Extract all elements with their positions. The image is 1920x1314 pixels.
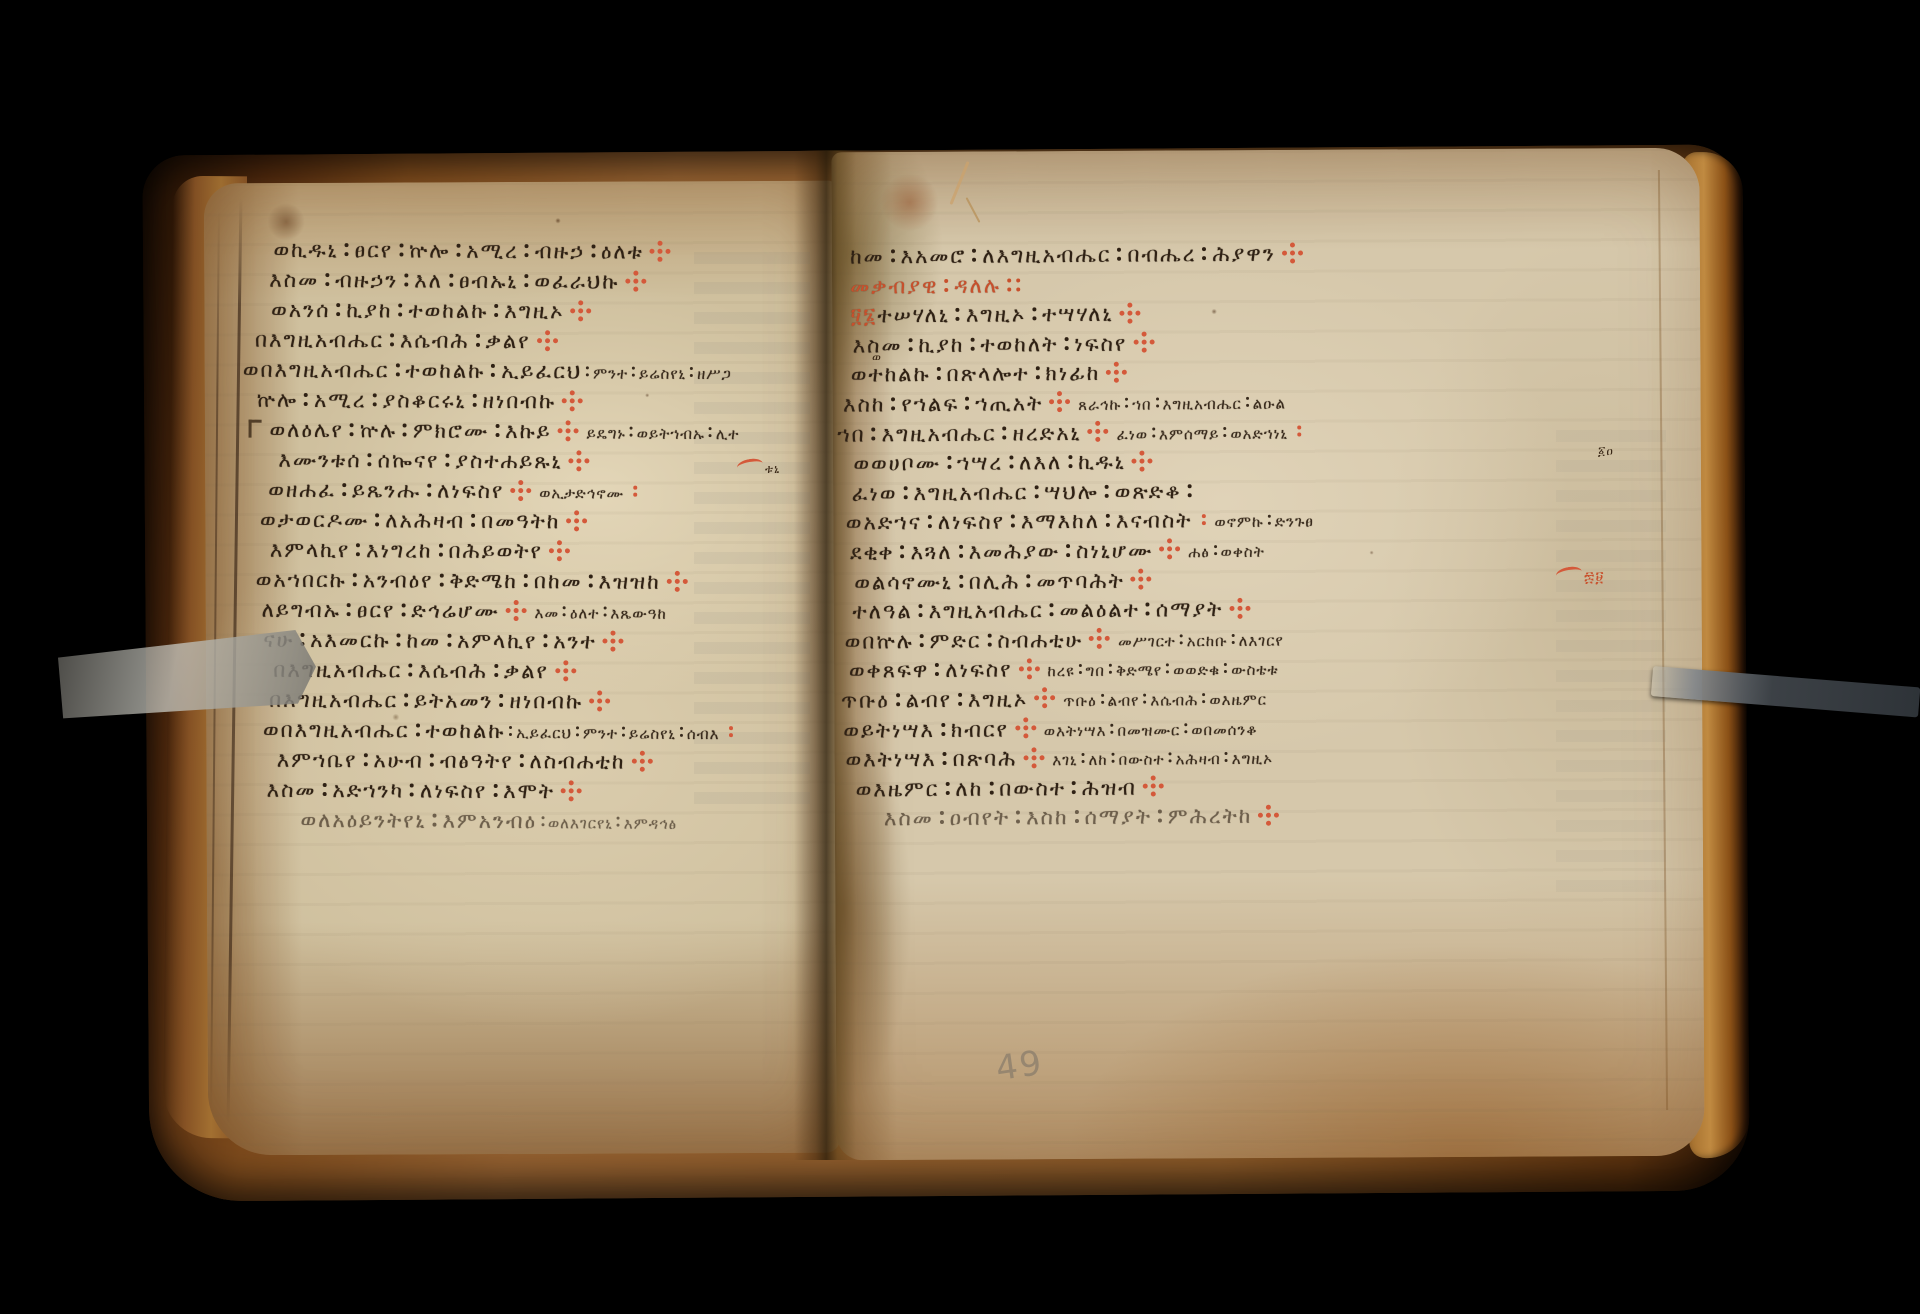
full-stop-mark	[1007, 278, 1011, 282]
manuscript-line: መቃብያዊዳለሉ	[850, 270, 1312, 303]
word-divider	[958, 693, 962, 697]
interlinear-gloss-left: ቱኒ	[737, 462, 780, 477]
text-run: ወበእግዚአብሔርተወከልኩ	[263, 718, 505, 743]
margin-bracket-mark	[249, 420, 262, 438]
word-divider	[363, 753, 367, 757]
red-section-mark	[658, 248, 663, 253]
text-run: እገኒለከበውስተአሕዛብእግዚኦ	[1052, 750, 1273, 770]
word-divider	[632, 367, 635, 370]
word-divider	[1180, 634, 1183, 637]
word-divider	[1224, 663, 1227, 666]
word-divider	[943, 752, 947, 756]
red-tick-mark	[1297, 425, 1301, 429]
manuscript-line: ለይግብኡፀርየድኅሬሆሙእመዕለተእጼውዓከ	[262, 597, 743, 630]
word-divider	[900, 545, 904, 549]
text-run: ወታወርዶሙለአሕዛብበመዓትከ	[260, 508, 560, 534]
word-divider	[1246, 397, 1249, 400]
red-section-mark	[577, 458, 582, 463]
word-divider	[471, 514, 475, 518]
word-divider	[520, 754, 524, 758]
word-divider	[920, 634, 924, 638]
text-run: መሥገርተአርከቡለእገርየ	[1118, 631, 1284, 650]
word-divider	[356, 543, 360, 547]
word-divider	[630, 427, 633, 430]
manuscript-line: ወተከልኩበጽላሎተክነፊከ	[851, 359, 1313, 392]
text-run: መቃብያዊዳለሉ	[850, 273, 1025, 298]
word-divider	[404, 693, 408, 697]
red-section-mark	[1042, 696, 1047, 701]
word-divider	[350, 423, 354, 427]
word-divider	[439, 544, 443, 548]
word-divider	[543, 634, 547, 638]
word-divider	[509, 726, 512, 729]
manuscript-line: እስመኪያከተወከለትነፍስየ	[853, 329, 1313, 362]
text-run: ወልሳኖሙኒበሊሕመጥባሕት	[854, 568, 1125, 594]
manuscript-line: በእግዚአብሔርእሴብሕቃልየ	[273, 657, 742, 689]
red-arc-mark	[1555, 565, 1583, 582]
word-divider	[493, 784, 497, 788]
manuscript-line: እስከየኀልፍኀጢአትጸራኅኩኀበእግዚአብሔርልዑል	[843, 388, 1313, 421]
word-divider	[1011, 515, 1015, 519]
manuscript-line: ወእዜምርለከበውስተሕዝብ	[856, 773, 1316, 806]
word-divider	[1032, 308, 1036, 312]
text-run: እስመብዙኃንእለፀብኡኒወፈራህኩ	[269, 268, 619, 294]
red-section-mark	[1026, 666, 1031, 671]
text-run: ተለዓልእግዚአብሔርመልዕልተሰማያት	[852, 597, 1223, 624]
word-divider	[373, 393, 377, 397]
text-run: ወይትነሣእክብርየ	[843, 717, 1009, 742]
text-run: ወእትነሣእበጽባሕ	[845, 747, 1017, 772]
word-divider	[1064, 337, 1068, 341]
manuscript-line: እሙንቱሰሰኰናየያስተሐይጹኒ	[278, 447, 743, 479]
red-section-mark	[1141, 340, 1146, 345]
word-divider	[1152, 427, 1155, 430]
word-divider	[500, 694, 504, 698]
word-divider	[325, 273, 329, 277]
text-run: እስከየኀልፍኀጢአት	[843, 391, 1043, 416]
word-divider	[447, 634, 451, 638]
word-divider	[1066, 544, 1070, 548]
manuscript-line: ወልሳኖሙኒበሊሕመጥባሕት	[854, 566, 1314, 599]
word-divider	[1156, 397, 1159, 400]
word-divider	[1082, 753, 1085, 756]
word-divider	[956, 308, 960, 312]
left-page-text: ወኪዱኒፀርየኵሎአሚረብዙኃዕለቱእስመብዙኃንእለፀብኡኒወፈራህኩወአንሰ…	[266, 237, 744, 839]
text-run: ወአኀበርኩአንብዕየቅድሜከበከመእዝዝከ	[256, 568, 661, 594]
word-divider	[1074, 810, 1078, 814]
word-divider	[397, 633, 401, 637]
red-section-mark	[518, 488, 523, 493]
word-divider	[495, 424, 499, 428]
word-divider	[353, 573, 357, 577]
manuscript-line: ወለዕሌየኵሉምክሮሙእኩይይዴግኑወይትኀብኡሊተ	[248, 417, 743, 450]
word-divider	[1079, 664, 1082, 667]
word-divider	[399, 243, 403, 247]
word-divider	[1026, 574, 1030, 578]
word-divider	[941, 722, 945, 726]
text-run: ለይግብኡፀርየድኅሬሆሙ	[262, 598, 500, 623]
word-divider	[1225, 752, 1228, 755]
word-divider	[896, 693, 900, 697]
manuscript-line: ጥቡዕልብየእግዚኦጥቡዕልብየእሴብሕወእዜምር	[841, 684, 1315, 717]
word-divider	[1101, 694, 1104, 697]
word-divider	[987, 633, 991, 637]
text-run: ከረዩግበቅድሜየወወድቁውስቴቱ	[1047, 661, 1278, 681]
red-section-mark	[574, 518, 579, 523]
word-divider	[1109, 664, 1112, 667]
text-run: ጥቡዕልብየእግዚኦ	[841, 687, 1028, 712]
word-divider	[1009, 456, 1013, 460]
word-divider	[589, 574, 593, 578]
word-divider	[891, 249, 895, 253]
red-section-mark	[1057, 400, 1062, 405]
word-divider	[1034, 485, 1038, 489]
word-divider	[891, 397, 895, 401]
word-divider	[617, 817, 620, 820]
manuscript-line: ወወሀቦሙኀሣረለእለኪዱኒ	[853, 448, 1313, 481]
manuscript-line: ወኪዱኒፀርየኵሎአሚረብዙኃዕለቱ	[273, 237, 744, 269]
word-divider	[399, 303, 403, 307]
word-divider	[1158, 810, 1162, 814]
word-divider	[591, 244, 595, 248]
word-divider	[1117, 248, 1121, 252]
pencil-page-number: 49	[993, 1043, 1045, 1089]
text-run: በእግዚአብሔርእሴብሕቃልየ	[255, 328, 531, 353]
red-section-mark	[578, 308, 583, 313]
word-divider	[709, 427, 712, 430]
word-divider	[433, 814, 437, 818]
margin-number-red: ፷፱	[1556, 568, 1604, 586]
red-section-mark	[1290, 250, 1295, 255]
red-section-mark	[1237, 606, 1242, 611]
text-run: ደቂቀእጓለእመሕያውስነኒሆሙ	[850, 538, 1153, 564]
red-section-mark	[1140, 458, 1145, 463]
word-divider	[491, 364, 495, 368]
text-run: ወዘሐፈይጼንሑለነፍስየ	[268, 478, 504, 503]
word-divider	[347, 603, 351, 607]
red-section-mark	[569, 788, 574, 793]
word-divider	[427, 484, 431, 488]
word-divider	[375, 513, 379, 517]
manuscript-line: ናሁአእመርኩከመአምላኪየአንተ	[263, 627, 742, 660]
word-divider	[368, 453, 372, 457]
word-divider	[1143, 693, 1146, 696]
manuscript-line: ደቂቀእጓለእመሕያውስነኒሆሙሐፅወቀስት	[850, 536, 1314, 569]
manuscript-line: ወአድኀናለነፍስየእማእከለእናብስትወኖምኩድንጉፀ	[846, 507, 1314, 540]
red-section-mark	[1167, 547, 1172, 552]
word-divider	[1146, 603, 1150, 607]
red-section-mark	[570, 398, 575, 403]
red-section-mark	[566, 428, 571, 433]
manuscript-line: በእግዚአብሔርይትአመንዘነበብኩ	[269, 687, 742, 719]
text-run: እመዕለተእጼውዓከ	[535, 604, 667, 623]
word-divider	[1105, 485, 1109, 489]
word-divider	[404, 273, 408, 277]
word-divider	[494, 304, 498, 308]
annotation-text: ቱኒ	[765, 462, 780, 476]
word-divider	[1106, 514, 1110, 518]
word-divider	[690, 367, 693, 370]
word-divider	[410, 784, 414, 788]
manuscript-line: ወቀጸፍዋለነፍስየከረዩግበቅድሜየወወድቁውስቴቱ	[849, 655, 1315, 688]
word-divider	[872, 427, 876, 431]
text-run: ጥቡዕልብየእሴብሕወእዜምር	[1063, 691, 1267, 710]
text-run: በእግዚአብሔርይትአመንዘነበብኩ	[269, 688, 583, 714]
word-divider	[1166, 664, 1169, 667]
red-section-mark	[1151, 784, 1156, 789]
annotation-text: ፷፱	[1584, 568, 1604, 586]
word-divider	[304, 393, 308, 397]
red-section-mark	[611, 638, 616, 643]
red-section-mark	[563, 668, 568, 673]
red-tick-mark	[633, 486, 637, 490]
red-section-mark	[1139, 577, 1144, 582]
text-run: ናሁአእመርኩከመአምላኪየአንተ	[263, 628, 596, 654]
text-run: ከመእአመሮለእግዚአብሔርበብሔረሕያዋን	[850, 242, 1276, 269]
manuscript-line: እስመዐብየትእስከሰማያትምሕረትከ	[884, 803, 1316, 836]
word-divider	[576, 726, 579, 729]
red-section-mark	[633, 278, 638, 283]
word-divider	[390, 333, 394, 337]
text-run: ወቀጸፍዋለነፍስየ	[849, 658, 1013, 683]
manuscript-line: ተለዓልእግዚአብሔርመልዕልተሰማያት	[852, 596, 1314, 629]
word-divider	[524, 274, 528, 278]
word-divider	[937, 367, 941, 371]
word-divider	[1188, 484, 1192, 488]
manuscript-line: ወአንሰኪያከተወከልኩእግዚኦ	[271, 297, 744, 329]
manuscript-line: እስመአድኀንካለነፍስየእሞት	[267, 777, 742, 809]
word-divider	[603, 607, 606, 610]
text-run: ተሠሃለኒእግዚኦተሣሃለኒ	[877, 302, 1113, 328]
word-divider	[445, 454, 449, 458]
word-divider	[1223, 427, 1226, 430]
text-run: ወኢታድኅኖሙ	[539, 484, 624, 502]
word-divider	[959, 574, 963, 578]
word-divider	[563, 606, 566, 609]
annotation-text: ፩ዐ	[1598, 444, 1614, 458]
manuscript-line: እስመብዙኃንእለፀብኡኒወፈራህኩ	[269, 267, 744, 299]
text-run: ወተከልኩበጽላሎተክነፊከ	[851, 361, 1101, 387]
word-divider	[908, 338, 912, 342]
text-run: ይዴግኑወይትኀብኡሊተ	[587, 424, 740, 443]
text-run: እስመኪያከተወከለትነፍስየ	[853, 331, 1128, 357]
word-divider	[940, 811, 944, 815]
text-run: ኵሎአሚረያስቆርሩኒዘነበብኩ	[257, 388, 556, 414]
red-section-mark	[1023, 725, 1028, 730]
word-divider	[408, 663, 412, 667]
red-tick-mark	[1201, 514, 1205, 518]
text-run: ወአድኀናለነፍስየእማእከለእናብስት	[846, 509, 1193, 535]
manuscript-line: ወበእግዚአብሔርተወከልኩኢይፈርህምንተይሬስየኒዘሥጋ	[243, 357, 744, 390]
red-section-mark	[1096, 429, 1101, 434]
word-divider	[935, 663, 939, 667]
word-divider	[494, 664, 498, 668]
text-run: ወለእገርየኒእምዳኅፅ	[537, 814, 677, 833]
manuscript-line: ወበእግዚአብሔርተወከልኩኢይፈርህምንተይሬስየኒሰብእ	[263, 717, 742, 750]
text-run: ወወሀቦሙኀሣረለእለኪዱኒ	[853, 450, 1125, 476]
word-divider	[336, 303, 340, 307]
word-divider	[300, 633, 304, 637]
manuscript-line: ወለአዕይንትየኒእምአንብዕወለእገርየኒእምዳኅፅ	[300, 807, 741, 839]
word-divider	[947, 456, 951, 460]
red-section-mark	[1114, 370, 1119, 375]
word-divider	[1214, 545, 1217, 548]
word-divider	[903, 486, 907, 490]
word-divider	[456, 244, 460, 248]
word-divider	[1232, 634, 1235, 637]
word-divider	[439, 574, 443, 578]
word-divider	[928, 515, 932, 519]
manuscript-line: በእግዚአብሔርእሴብሕቃልየ	[255, 327, 744, 360]
text-run: ወእዜምርለከበውስተሕዝብ	[856, 775, 1137, 801]
word-divider	[1110, 723, 1113, 726]
word-divider	[395, 363, 399, 367]
red-section-mark	[1266, 812, 1271, 817]
manuscript-line: ወበኵሉምድርስብሐቲሁመሥገርተአርከቡለእገርየ	[845, 625, 1315, 658]
text-run: በእግዚአብሔርእሴብሕቃልየ	[273, 658, 549, 683]
word-divider	[959, 545, 963, 549]
manuscript-line: ወይትነሣእክብርየወእትነሣእበመዝሙርወበመሰንቆ	[843, 714, 1315, 747]
text-run: እምኀቤየአሁብብፅዓትየለስብሐቲከ	[277, 748, 626, 774]
manuscript-line: ኀበእግዚአብሔርዘረድአኒፈነወእምሰማይወአድኀነኒ	[837, 418, 1313, 451]
word-divider	[403, 423, 407, 427]
word-divider	[1202, 247, 1206, 251]
text-run: ወእትነሣእበመዝሙርወበመሰንቆ	[1044, 720, 1258, 739]
word-divider	[1050, 603, 1054, 607]
word-divider	[525, 244, 529, 248]
annotation-text: ወ	[872, 350, 882, 364]
word-divider	[965, 397, 969, 401]
word-divider	[1068, 455, 1072, 459]
red-section-mark	[1031, 755, 1036, 760]
red-section-mark	[545, 338, 550, 343]
text-run: ወለአዕይንትየኒእምአንብዕ	[300, 808, 537, 833]
word-divider	[416, 724, 420, 728]
text-run: እምላኪየእነግረከበሕይወትየ	[270, 538, 543, 563]
word-divider	[919, 604, 923, 608]
word-divider	[1184, 723, 1187, 726]
word-divider	[342, 483, 346, 487]
word-divider	[970, 338, 974, 342]
text-run: ወለዕሌየኵሉምክሮሙእኩይ	[270, 418, 552, 443]
manuscript-line: ፶፮ተሠሃለኒእግዚኦተሣሃለኒ	[850, 300, 1312, 333]
text-run: ጸራኅኩኀበእግዚአብሔርልዑል	[1078, 395, 1286, 414]
word-divider	[1125, 398, 1128, 401]
word-divider	[1268, 515, 1271, 518]
text-run: ምንተይሬስየኒዘሥጋ	[582, 364, 732, 383]
text-run: ኀበእግዚአብሔርዘረድአኒ	[837, 421, 1081, 447]
text-run: ወኪዱኒፀርየኵሎአሚረብዙኃዕለቱ	[273, 238, 644, 264]
manuscript-line: ከመእአመሮለእግዚአብሔርበብሔረሕያዋን	[850, 240, 1312, 273]
manuscript-line: ወዘሐፈይጼንሑለነፍስየወኢታድኅኖሙ	[268, 477, 743, 509]
manuscript-photo: ወኪዱኒፀርየኵሎአሚረብዙኃዕለቱእስመብዙኃንእለፀብኡኒወፈራህኩወአንሰ…	[0, 0, 1920, 1314]
red-section-mark	[557, 548, 562, 553]
manuscript-line: ወእትነሣእበጽባሕእገኒለከበውስተአሕዛብእግዚኦ	[845, 743, 1315, 776]
text-run: ወአንሰኪያከተወከልኩእግዚኦ	[271, 298, 564, 324]
manuscript-line: እምላኪየእነግረከበሕይወትየ	[270, 537, 743, 569]
red-section-mark	[639, 758, 644, 763]
red-section-mark	[514, 608, 519, 613]
word-divider	[1072, 781, 1076, 785]
word-divider	[680, 727, 683, 730]
word-divider	[1016, 811, 1020, 815]
word-divider	[476, 334, 480, 338]
text-run: ወበኵሉምድርስብሐቲሁ	[845, 628, 1084, 654]
text-run: ፈነወእግዚአብሔርሣህሎወጽድቆ	[852, 479, 1198, 505]
red-section-mark	[1128, 310, 1133, 315]
word-divider	[1035, 367, 1039, 371]
text-run: እስመአድኀንካለነፍስየእሞት	[267, 778, 555, 804]
word-divider	[622, 727, 625, 730]
manuscript-line: ወታወርዶሙለአሕዛብበመዓትከ	[260, 507, 743, 540]
word-divider	[972, 249, 976, 253]
word-divider	[989, 781, 993, 785]
word-divider	[1202, 693, 1205, 696]
word-divider	[945, 782, 949, 786]
manuscript-line: ወአኀበርኩአንብዕየቅድሜከበከመእዝዝከ	[256, 567, 743, 600]
word-divider	[944, 279, 948, 283]
text-run: ፈነወእምሰማይወአድኀነኒ	[1117, 424, 1288, 443]
interlinear-gloss-right: ወ	[872, 350, 882, 365]
margin-gloss-small: ፩ዐ	[1598, 444, 1614, 459]
text-run: ኢይፈርህምንተይሬስየኒሰብእ	[505, 724, 719, 743]
right-page-text: ከመእአመሮለእግዚአብሔርበብሔረሕያዋንመቃብያዊዳለሉ፶፮ተሠሃለኒእግዚ…	[850, 240, 1316, 835]
word-divider	[430, 754, 434, 758]
red-section-mark	[597, 698, 602, 703]
word-divider	[524, 574, 528, 578]
red-tick-mark	[729, 726, 733, 730]
word-divider	[322, 783, 326, 787]
word-divider	[1002, 426, 1006, 430]
text-run: ፶፮	[850, 304, 877, 328]
text-run: እስመዐብየትእስከሰማያትምሕረትከ	[884, 804, 1253, 831]
word-divider	[586, 366, 589, 369]
red-section-mark	[1097, 636, 1102, 641]
word-divider	[473, 394, 477, 398]
text-run: እሙንቱሰሰኰናየያስተሐይጹኒ	[278, 448, 562, 473]
word-divider	[401, 603, 405, 607]
word-divider	[1112, 753, 1115, 756]
text-run: ሐፅወቀስት	[1188, 543, 1265, 562]
word-divider	[1169, 752, 1172, 755]
manuscript-line: ኵሎአሚረያስቆርሩኒዘነበብኩ	[257, 387, 744, 420]
manuscript-line: እምኀቤየአሁብብፅዓትየለስብሐቲከ	[277, 747, 742, 779]
text-run: ወኖምኩድንጉፀ	[1214, 513, 1314, 532]
manuscript-line: ፈነወእግዚአብሔርሣህሎወጽድቆ	[852, 477, 1314, 510]
word-divider	[541, 816, 544, 819]
text-run: ወበእግዚአብሔርተወከልኩኢይፈርህ	[243, 358, 582, 384]
red-section-mark	[675, 578, 680, 583]
word-divider	[345, 243, 349, 247]
word-divider	[449, 274, 453, 278]
